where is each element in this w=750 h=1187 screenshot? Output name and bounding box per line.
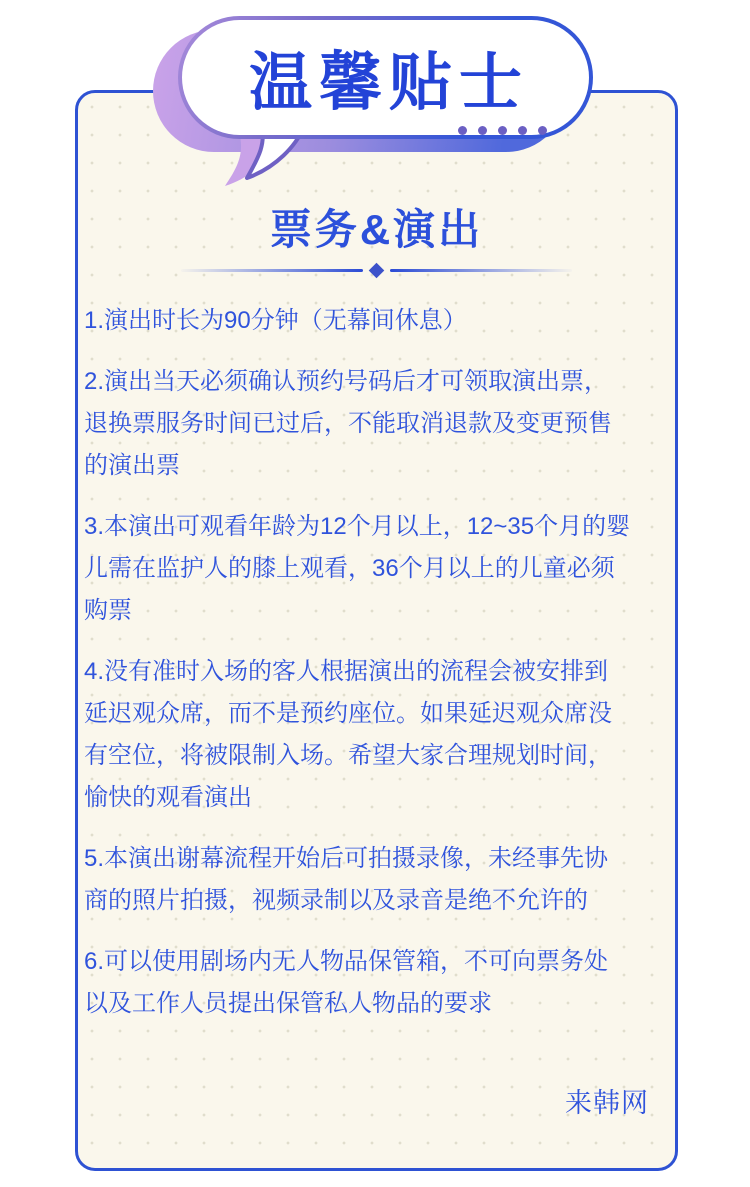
tip-item-4: 4.没有准时入场的客人根据演出的流程会被安排到 延迟观众席，而不是预约座位。如果… bbox=[84, 651, 665, 819]
speech-bubble: 温馨贴士 bbox=[178, 16, 593, 139]
tips-poster: 票务&演出 1.演出时长为90分钟（无幕间休息） 2.演出当天必须确认预约号码后… bbox=[0, 0, 750, 1187]
divider-line-left bbox=[181, 269, 363, 272]
divider-diamond-icon bbox=[369, 263, 385, 279]
bubble-dots-decoration bbox=[458, 126, 547, 135]
tips-list: 1.演出时长为90分钟（无幕间休息） 2.演出当天必须确认预约号码后才可领取演出… bbox=[84, 300, 665, 1025]
tip-item-5: 5.本演出谢幕流程开始后可拍摄录像，未经事先协 商的照片拍摄，视频录制以及录音是… bbox=[84, 838, 665, 922]
tip-item-6: 6.可以使用剧场内无人物品保管箱，不可向票务处 以及工作人员提出保管私人物品的要… bbox=[84, 941, 665, 1025]
divider-line-right bbox=[390, 269, 572, 272]
speech-bubble-body: 温馨贴士 bbox=[182, 20, 589, 135]
tip-item-1: 1.演出时长为90分钟（无幕间休息） bbox=[84, 300, 665, 342]
dot-icon bbox=[458, 126, 467, 135]
poster-title: 温馨贴士 bbox=[242, 32, 529, 123]
dot-icon bbox=[538, 126, 547, 135]
section-divider bbox=[177, 265, 577, 276]
tip-item-3: 3.本演出可观看年龄为12个月以上，12~35个月的婴 儿需在监护人的膝上观看，… bbox=[84, 506, 665, 632]
dot-icon bbox=[478, 126, 487, 135]
section-title: 票务&演出 bbox=[78, 207, 675, 253]
dot-icon bbox=[518, 126, 527, 135]
tips-card: 票务&演出 1.演出时长为90分钟（无幕间休息） 2.演出当天必须确认预约号码后… bbox=[75, 90, 678, 1171]
dot-icon bbox=[498, 126, 507, 135]
brand-watermark: 来韩网 bbox=[565, 1081, 649, 1120]
tip-item-2: 2.演出当天必须确认预约号码后才可领取演出票， 退换票服务时间已过后，不能取消退… bbox=[84, 361, 665, 487]
